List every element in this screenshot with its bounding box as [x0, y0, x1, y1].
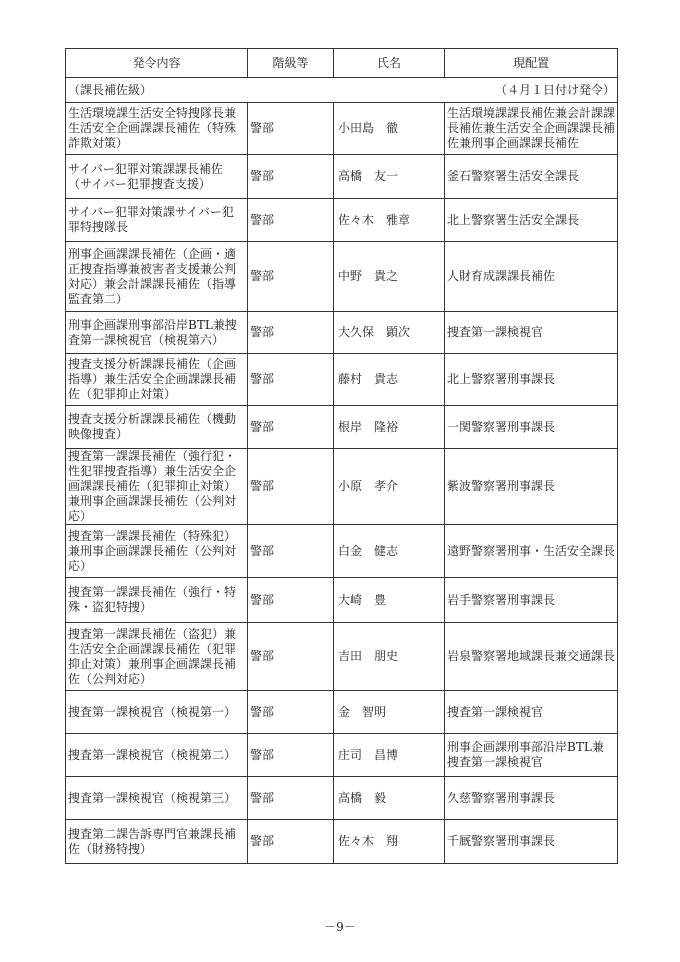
- current-post-cell: 久慈警察署刑事課長: [445, 777, 618, 820]
- name-cell: 高橋 毅: [334, 777, 445, 820]
- table-row: 捜査第一課検視官（検視第二）警部庄司 昌博刑事企画課刑事部沿岸BTL兼捜査第一課…: [66, 734, 618, 777]
- table-row: 捜査第一課課長補佐（特殊犯）兼刑事企画課課長補佐（公判対応）警部白金 健志遠野警…: [66, 525, 618, 578]
- name-cell: 庄司 昌博: [334, 734, 445, 777]
- order-cell: サイバー犯罪対策課課長補佐（サイバー犯罪捜査支援）: [66, 155, 248, 199]
- rank-cell: 警部: [248, 777, 334, 820]
- order-cell: 生活環境課生活安全特捜隊長兼生活安全企画課課長補佐（特殊詐欺対策）: [66, 103, 248, 155]
- name-cell: 大久保 顕次: [334, 312, 445, 354]
- rank-cell: 警部: [248, 155, 334, 199]
- page-number: －9－: [0, 918, 680, 935]
- rank-cell: 警部: [248, 103, 334, 155]
- header-current-post: 現配置: [445, 49, 618, 78]
- rank-cell: 警部: [248, 820, 334, 864]
- current-post-cell: 紫波警察署刑事課長: [445, 449, 618, 525]
- name-cell: 根岸 隆裕: [334, 406, 445, 449]
- section-row: （課長補佐級） （４月１日付け発令）: [66, 78, 618, 103]
- header-rank: 階級等: [248, 49, 334, 78]
- rank-cell: 警部: [248, 449, 334, 525]
- rank-cell: 警部: [248, 242, 334, 312]
- header-order: 発令内容: [66, 49, 248, 78]
- current-post-cell: 生活環境課課長補佐兼会計課課長補佐兼生活安全企画課課長補佐兼刑事企画課課長補佐: [445, 103, 618, 155]
- order-cell: 捜査第一課課長補佐（強行・特殊・盗犯特捜）: [66, 578, 248, 623]
- rank-cell: 警部: [248, 406, 334, 449]
- rank-cell: 警部: [248, 354, 334, 406]
- order-cell: 捜査第二課告訴専門官兼課長補佐（財務特捜）: [66, 820, 248, 864]
- order-cell: 捜査第一課課長補佐（特殊犯）兼刑事企画課課長補佐（公判対応）: [66, 525, 248, 578]
- current-post-cell: 岩泉警察署地域課長兼交通課長: [445, 623, 618, 691]
- table-row: 捜査支援分析課課長補佐（機動映像捜査）警部根岸 隆裕一関警察署刑事課長: [66, 406, 618, 449]
- current-post-cell: 刑事企画課刑事部沿岸BTL兼捜査第一課検視官: [445, 734, 618, 777]
- rank-cell: 警部: [248, 525, 334, 578]
- table-row: 捜査第一課課長補佐（強行犯・性犯罪捜査指導）兼生活安全企画課課長補佐（犯罪抑止対…: [66, 449, 618, 525]
- table-row: サイバー犯罪対策課サイバー犯罪特捜隊長警部佐々木 雅章北上警察署生活安全課長: [66, 199, 618, 242]
- rank-cell: 警部: [248, 623, 334, 691]
- table-row: 捜査第一課検視官（検視第一）警部金 智明捜査第一課検視官: [66, 691, 618, 734]
- name-cell: 小田島 徹: [334, 103, 445, 155]
- current-post-cell: 一関警察署刑事課長: [445, 406, 618, 449]
- name-cell: 高橋 友一: [334, 155, 445, 199]
- name-cell: 吉田 朋史: [334, 623, 445, 691]
- name-cell: 佐々木 雅章: [334, 199, 445, 242]
- section-label: （課長補佐級）: [68, 83, 152, 98]
- current-post-cell: 捜査第一課検視官: [445, 312, 618, 354]
- table-row: 捜査第二課告訴専門官兼課長補佐（財務特捜）警部佐々木 翔千厩警察署刑事課長: [66, 820, 618, 864]
- current-post-cell: 岩手警察署刑事課長: [445, 578, 618, 623]
- order-cell: 捜査第一課検視官（検視第一）: [66, 691, 248, 734]
- table-row: 捜査第一課課長補佐（盗犯）兼生活安全企画課課長補佐（犯罪抑止対策）兼刑事企画課課…: [66, 623, 618, 691]
- order-cell: 捜査第一課課長補佐（盗犯）兼生活安全企画課課長補佐（犯罪抑止対策）兼刑事企画課課…: [66, 623, 248, 691]
- order-cell: 刑事企画課課長補佐（企画・適正捜査指導兼被害者支援兼公判対応）兼会計課課長補佐（…: [66, 242, 248, 312]
- order-cell: 捜査第一課検視官（検視第三）: [66, 777, 248, 820]
- table-row: 刑事企画課刑事部沿岸BTL兼捜査第一課検視官（検視第六）警部大久保 顕次捜査第一…: [66, 312, 618, 354]
- name-cell: 中野 貴之: [334, 242, 445, 312]
- name-cell: 大崎 豊: [334, 578, 445, 623]
- rank-cell: 警部: [248, 734, 334, 777]
- name-cell: 白金 健志: [334, 525, 445, 578]
- order-cell: 捜査第一課課長補佐（強行犯・性犯罪捜査指導）兼生活安全企画課課長補佐（犯罪抑止対…: [66, 449, 248, 525]
- current-post-cell: 遠野警察署刑事・生活安全課長: [445, 525, 618, 578]
- table-header-row: 発令内容 階級等 氏名 現配置: [66, 49, 618, 78]
- table-row: 捜査第一課課長補佐（強行・特殊・盗犯特捜）警部大崎 豊岩手警察署刑事課長: [66, 578, 618, 623]
- current-post-cell: 北上警察署刑事課長: [445, 354, 618, 406]
- order-cell: 刑事企画課刑事部沿岸BTL兼捜査第一課検視官（検視第六）: [66, 312, 248, 354]
- name-cell: 佐々木 翔: [334, 820, 445, 864]
- name-cell: 藤村 貴志: [334, 354, 445, 406]
- current-post-cell: 捜査第一課検視官: [445, 691, 618, 734]
- current-post-cell: 千厩警察署刑事課長: [445, 820, 618, 864]
- order-cell: 捜査支援分析課課長補佐（機動映像捜査）: [66, 406, 248, 449]
- current-post-cell: 人財育成課課長補佐: [445, 242, 618, 312]
- rank-cell: 警部: [248, 312, 334, 354]
- rank-cell: 警部: [248, 578, 334, 623]
- current-post-cell: 釜石警察署生活安全課長: [445, 155, 618, 199]
- header-name: 氏名: [334, 49, 445, 78]
- order-cell: サイバー犯罪対策課サイバー犯罪特捜隊長: [66, 199, 248, 242]
- table-row: サイバー犯罪対策課課長補佐（サイバー犯罪捜査支援）警部高橋 友一釜石警察署生活安…: [66, 155, 618, 199]
- table-row: 刑事企画課課長補佐（企画・適正捜査指導兼被害者支援兼公判対応）兼会計課課長補佐（…: [66, 242, 618, 312]
- name-cell: 小原 孝介: [334, 449, 445, 525]
- section-date-note: （４月１日付け発令）: [495, 83, 615, 98]
- order-cell: 捜査支援分析課課長補佐（企画指導）兼生活安全企画課課長補佐（犯罪抑止対策）: [66, 354, 248, 406]
- table-row: 捜査第一課検視官（検視第三）警部高橋 毅久慈警察署刑事課長: [66, 777, 618, 820]
- table-row: 生活環境課生活安全特捜隊長兼生活安全企画課課長補佐（特殊詐欺対策）警部小田島 徹…: [66, 103, 618, 155]
- order-cell: 捜査第一課検視官（検視第二）: [66, 734, 248, 777]
- rank-cell: 警部: [248, 199, 334, 242]
- table-row: 捜査支援分析課課長補佐（企画指導）兼生活安全企画課課長補佐（犯罪抑止対策）警部藤…: [66, 354, 618, 406]
- rank-cell: 警部: [248, 691, 334, 734]
- current-post-cell: 北上警察署生活安全課長: [445, 199, 618, 242]
- personnel-table: 発令内容 階級等 氏名 現配置 （課長補佐級） （４月１日付け発令） 生活環境課…: [65, 48, 618, 864]
- name-cell: 金 智明: [334, 691, 445, 734]
